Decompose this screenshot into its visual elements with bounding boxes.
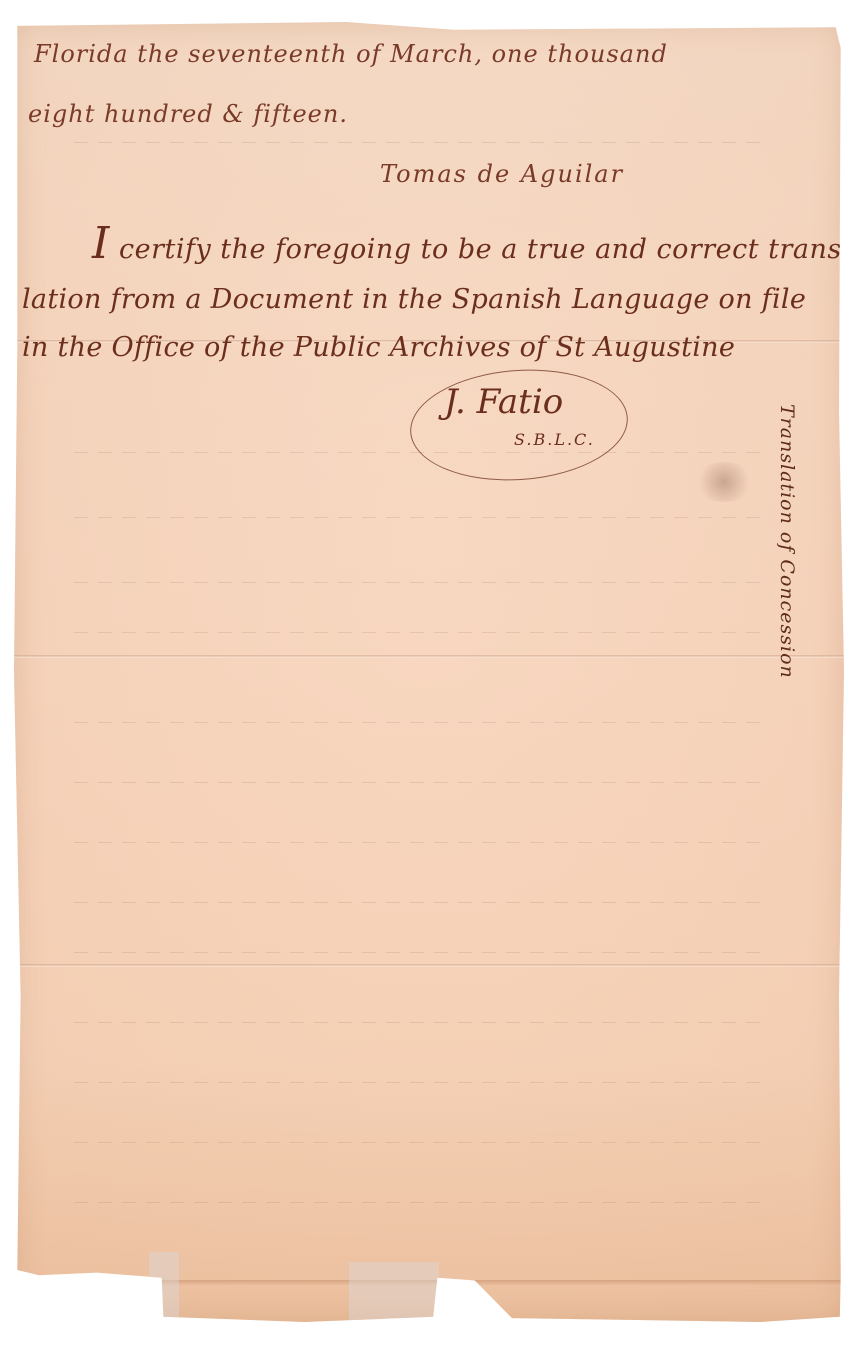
ink-bleed-through	[74, 1022, 764, 1023]
ink-smudge	[694, 462, 754, 502]
ink-bleed-through	[74, 1202, 764, 1203]
certification-line-2: lation from a Document in the Spanish La…	[22, 284, 806, 315]
ink-bleed-through	[74, 1082, 764, 1083]
ink-bleed-through	[74, 842, 764, 843]
certification-line-3: in the Office of the Public Archives of …	[22, 332, 735, 363]
translator-initials: S.B.L.C.	[514, 430, 595, 449]
margin-annotation: Translation of Concession	[776, 404, 798, 679]
ink-bleed-through	[74, 142, 764, 143]
tape-repair	[149, 1252, 179, 1332]
translator-signature: J. Fatio	[444, 382, 563, 422]
ink-bleed-through	[74, 722, 764, 723]
continuation-line-2: eight hundred & fifteen.	[28, 100, 348, 128]
certification-initial: I	[92, 218, 110, 269]
ink-bleed-through	[74, 1142, 764, 1143]
certification-line-1-text: certify the foregoing to be a true and c…	[119, 234, 851, 265]
ink-bleed-through	[74, 517, 764, 518]
ink-bleed-through	[74, 902, 764, 903]
tape-repair	[349, 1262, 439, 1332]
ink-bleed-through	[74, 952, 764, 953]
ink-bleed-through	[74, 632, 764, 633]
continuation-line-1: Florida the seventeenth of March, one th…	[34, 40, 668, 68]
certification-line-1: I certify the foregoing to be a true and…	[92, 218, 851, 269]
signature-tomas-de-aguilar: Tomas de Aguilar	[380, 160, 624, 188]
fold-line	[14, 964, 844, 967]
ink-bleed-through	[74, 582, 764, 583]
fold-line	[14, 655, 844, 658]
manuscript-page: Florida the seventeenth of March, one th…	[14, 22, 844, 1322]
ink-bleed-through	[74, 782, 764, 783]
